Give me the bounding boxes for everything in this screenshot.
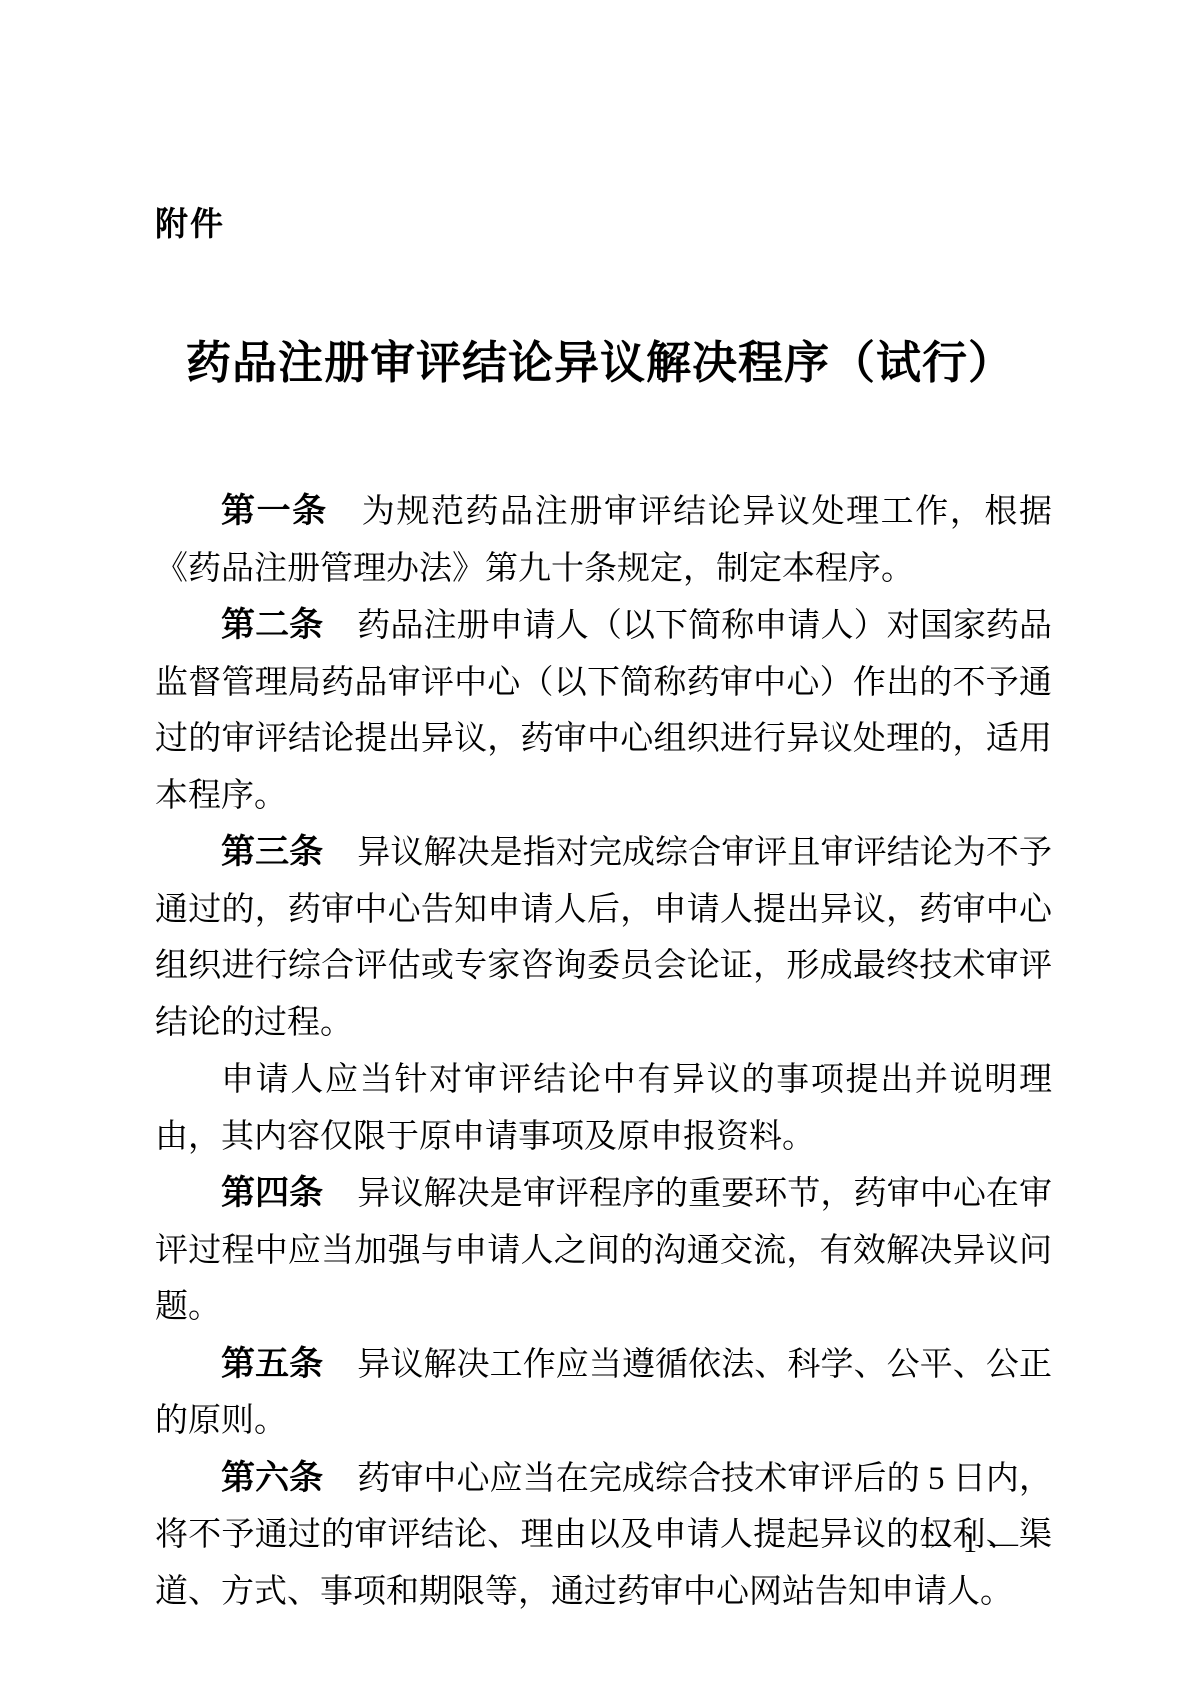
document-page: 附件 药品注册审评结论异议解决程序（试行） 第一条为规范药品注册审评结论异议处理… (0, 0, 1200, 1697)
article-paragraph: 第五条异议解决工作应当遵循依法、科学、公平、公正的原则。 (155, 1336, 1052, 1450)
article-paragraph: 第六条药审中心应当在完成综合技术审评后的 5 日内，将不予通过的审评结论、理由以… (155, 1450, 1052, 1621)
page-number: — 1 — (922, 1527, 1021, 1561)
article-text: 申请人应当针对审评结论中有异议的事项提出并说明理由，其内容仅限于原申请事项及原申… (155, 1062, 1052, 1155)
article-paragraph: 申请人应当针对审评结论中有异议的事项提出并说明理由，其内容仅限于原申请事项及原申… (155, 1051, 1052, 1165)
article-label: 第四条 (221, 1174, 323, 1212)
document-title: 药品注册审评结论异议解决程序（试行） (0, 337, 1200, 389)
article-paragraph: 第三条异议解决是指对完成综合审评且审评结论为不予通过的，药审中心告知申请人后，申… (155, 824, 1052, 1051)
article-label: 第二条 (221, 606, 323, 644)
document-body: 第一条为规范药品注册审评结论异议处理工作，根据《药品注册管理办法》第九十条规定，… (155, 483, 1052, 1620)
article-label: 第六条 (221, 1459, 323, 1497)
article-paragraph: 第一条为规范药品注册审评结论异议处理工作，根据《药品注册管理办法》第九十条规定，… (155, 483, 1052, 597)
attachment-label: 附件 (155, 205, 225, 243)
article-label: 第五条 (221, 1345, 323, 1383)
article-label: 第一条 (221, 492, 328, 530)
article-label: 第三条 (221, 833, 323, 871)
article-paragraph: 第二条药品注册申请人（以下简称申请人）对国家药品监督管理局药品审评中心（以下简称… (155, 597, 1052, 824)
article-paragraph: 第四条异议解决是审评程序的重要环节，药审中心在审评过程中应当加强与申请人之间的沟… (155, 1165, 1052, 1336)
